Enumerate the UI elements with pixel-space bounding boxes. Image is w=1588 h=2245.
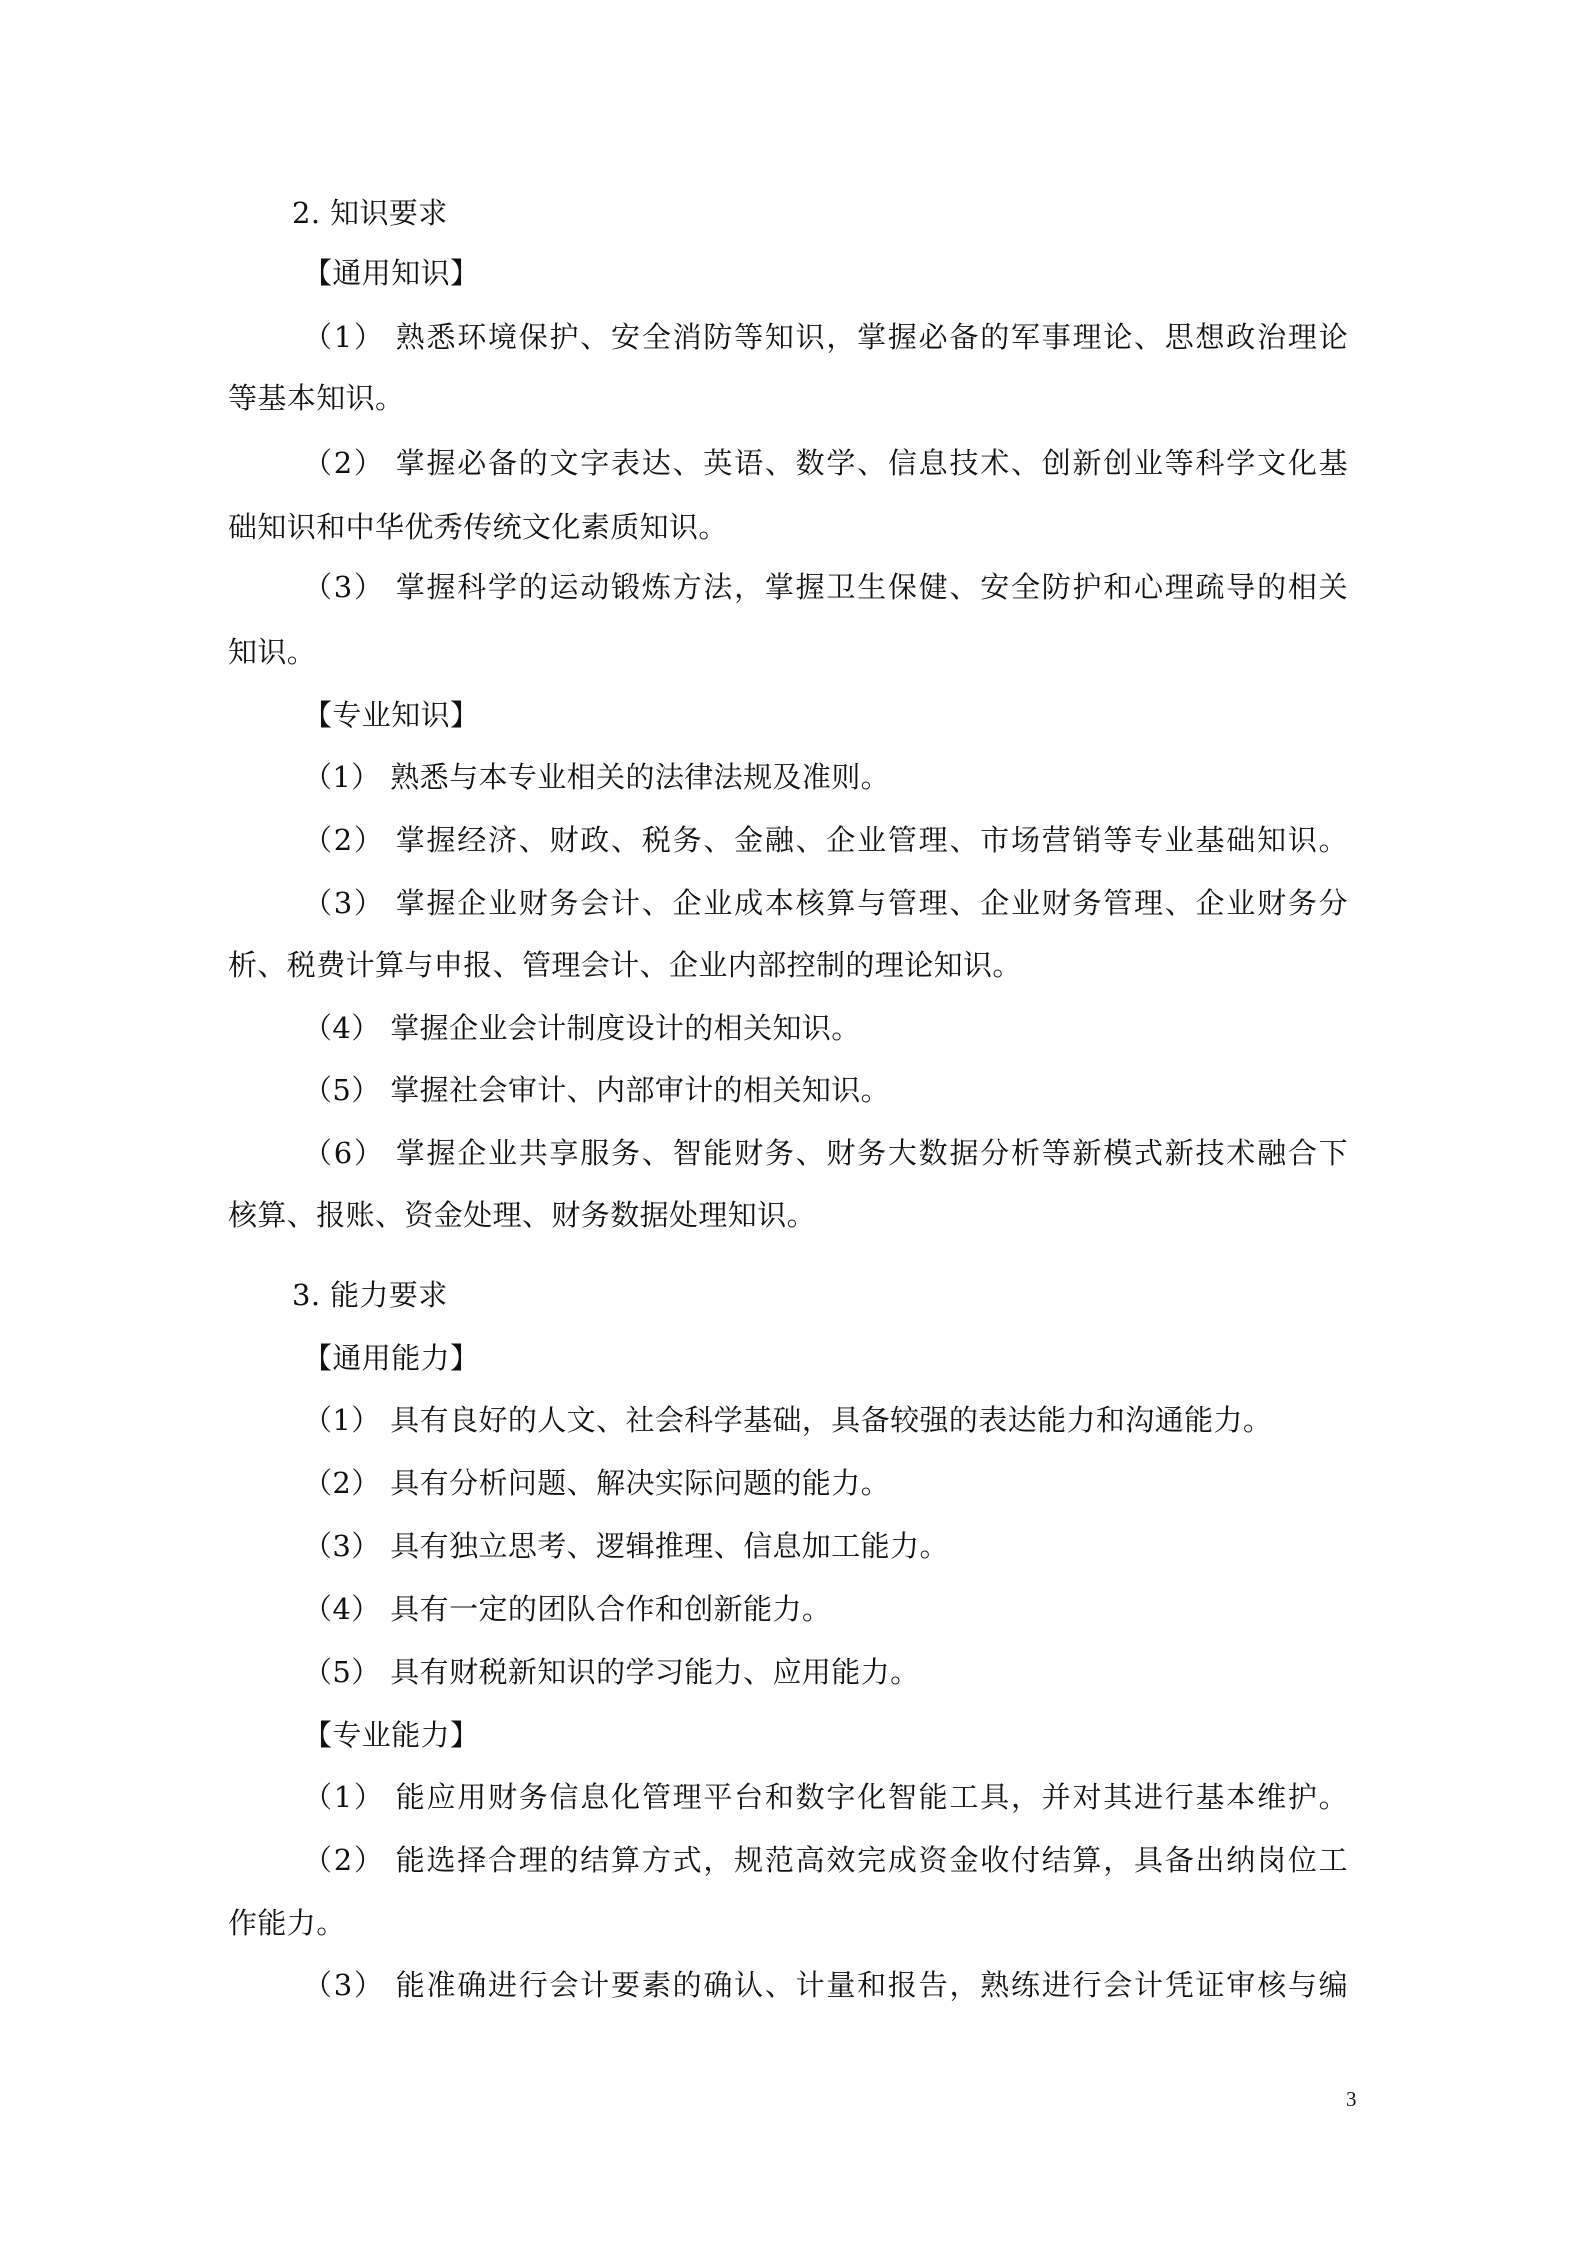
list-item-line: （4） 具有一定的团队合作和创新能力。 [303,1578,1348,1640]
list-item-continuation: 知识。 [228,621,1348,683]
list-item-line: （3） 掌握企业财务会计、企业成本核算与管理、企业财务管理、企业财务分 [303,872,1348,934]
list-item-line: （1） 熟悉与本专业相关的法律法规及准则。 [303,746,1348,808]
list-item-line: （5） 掌握社会审计、内部审计的相关知识。 [303,1059,1348,1121]
list-item-line: （4） 掌握企业会计制度设计的相关知识。 [303,997,1348,1059]
section-heading-ability: 3. 能力要求 [292,1264,892,1326]
list-item-line: （3） 掌握科学的运动锻炼方法，掌握卫生保健、安全防护和心理疏导的相关 [303,556,1348,618]
subsection-title-general-knowledge: 【通用知识】 [303,242,903,304]
page-number: 3 [1346,2084,1357,2114]
document-page: 2. 知识要求 【通用知识】 （1） 熟悉环境保护、安全消防等知识，掌握必备的军… [0,0,1588,2245]
list-item-line: （2） 掌握必备的文字表达、英语、数学、信息技术、创新创业等科学文化基 [303,432,1348,494]
list-item-continuation: 础知识和中华优秀传统文化素质知识。 [228,496,1348,558]
list-item-line: （5） 具有财税新知识的学习能力、应用能力。 [303,1641,1348,1703]
list-item-line: （2） 能选择合理的结算方式，规范高效完成资金收付结算，具备出纳岗位工 [303,1829,1348,1891]
subsection-title-general-ability: 【通用能力】 [303,1327,903,1389]
list-item-line: （2） 掌握经济、财政、税务、金融、企业管理、市场营销等专业基础知识。 [303,809,1348,871]
list-item-line: （1） 熟悉环境保护、安全消防等知识，掌握必备的军事理论、思想政治理论 [303,306,1348,368]
list-item-continuation: 等基本知识。 [228,367,1348,429]
list-item-continuation: 析、税费计算与申报、管理会计、企业内部控制的理论知识。 [228,934,1348,996]
list-item-line: （1） 具有良好的人文、社会科学基础，具备较强的表达能力和沟通能力。 [303,1389,1348,1451]
list-item-line: （1） 能应用财务信息化管理平台和数字化智能工具，并对其进行基本维护。 [303,1766,1348,1828]
subsection-title-professional-ability: 【专业能力】 [303,1704,903,1766]
list-item-line: （3） 具有独立思考、逻辑推理、信息加工能力。 [303,1515,1348,1577]
section-heading-knowledge: 2. 知识要求 [292,182,892,244]
subsection-title-professional-knowledge: 【专业知识】 [303,684,903,746]
list-item-line: （6） 掌握企业共享服务、智能财务、财务大数据分析等新模式新技术融合下 [303,1122,1348,1184]
list-item-line: （3） 能准确进行会计要素的确认、计量和报告，熟练进行会计凭证审核与编 [303,1954,1348,2016]
list-item-line: （2） 具有分析问题、解决实际问题的能力。 [303,1452,1348,1514]
list-item-continuation: 作能力。 [228,1892,1348,1954]
list-item-continuation: 核算、报账、资金处理、财务数据处理知识。 [228,1184,1348,1246]
